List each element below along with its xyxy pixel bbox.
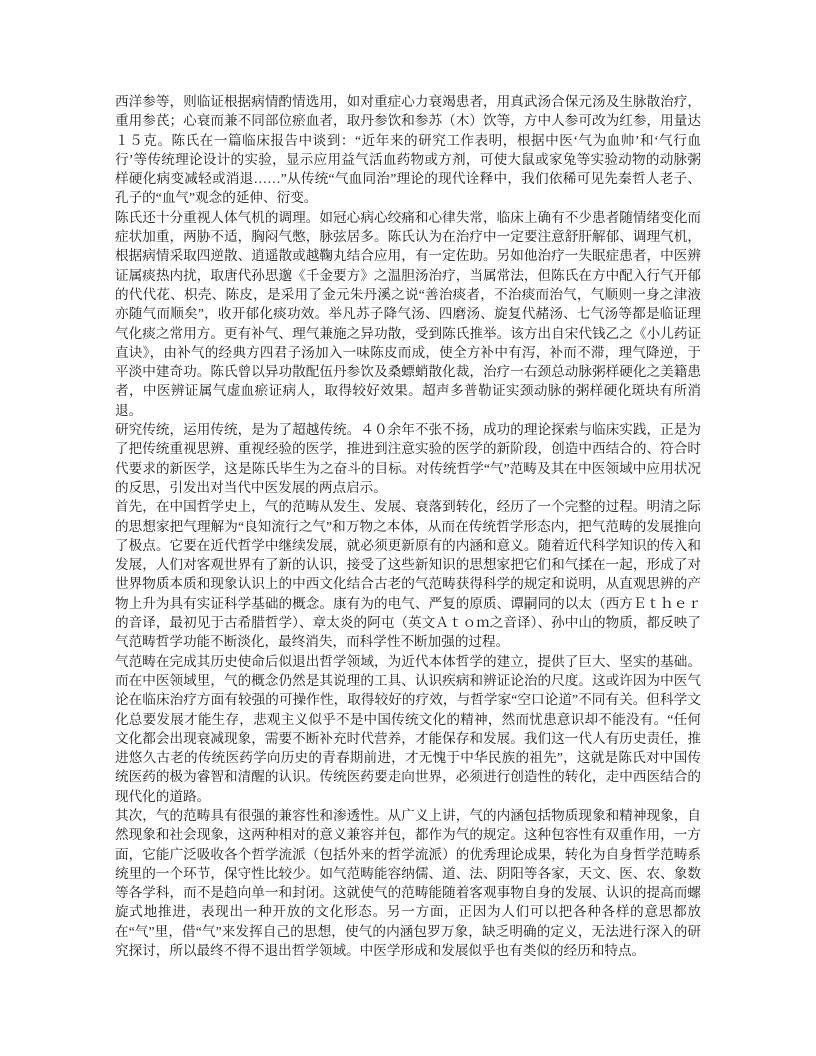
text-body: 西洋参等，则临证根据病情酌情选用，如对重症心力衰竭患者，用真武汤合保元汤及生脉散… — [115, 92, 701, 960]
paragraph-5: 气范畴在完成其历史使命后似退出哲学领域，为近代本体哲学的建立，提供了巨大、坚实的… — [115, 652, 701, 806]
paragraph-3: 研究传统，运用传统，是为了超越传统。４０余年不张不扬，成功的理论探索与临床实践，… — [115, 420, 701, 497]
paragraph-2: 陈氏还十分重视人体气机的调理。如冠心病心绞痛和心律失常，临床上确有不少患者随情绪… — [115, 208, 701, 420]
paragraph-1: 西洋参等，则临证根据病情酌情选用，如对重症心力衰竭患者，用真武汤合保元汤及生脉散… — [115, 92, 701, 208]
paragraph-4: 首先，在中国哲学史上，气的范畴从发生、发展、衰落到转化，经历了一个完整的过程。明… — [115, 497, 701, 651]
paragraph-6: 其次，气的范畴具有很强的兼容性和渗透性。从广义上讲，气的内涵包括物质现象和精神现… — [115, 806, 701, 960]
document-page: 西洋参等，则临证根据病情酌情选用，如对重症心力衰竭患者，用真武汤合保元汤及生脉散… — [0, 0, 816, 1056]
